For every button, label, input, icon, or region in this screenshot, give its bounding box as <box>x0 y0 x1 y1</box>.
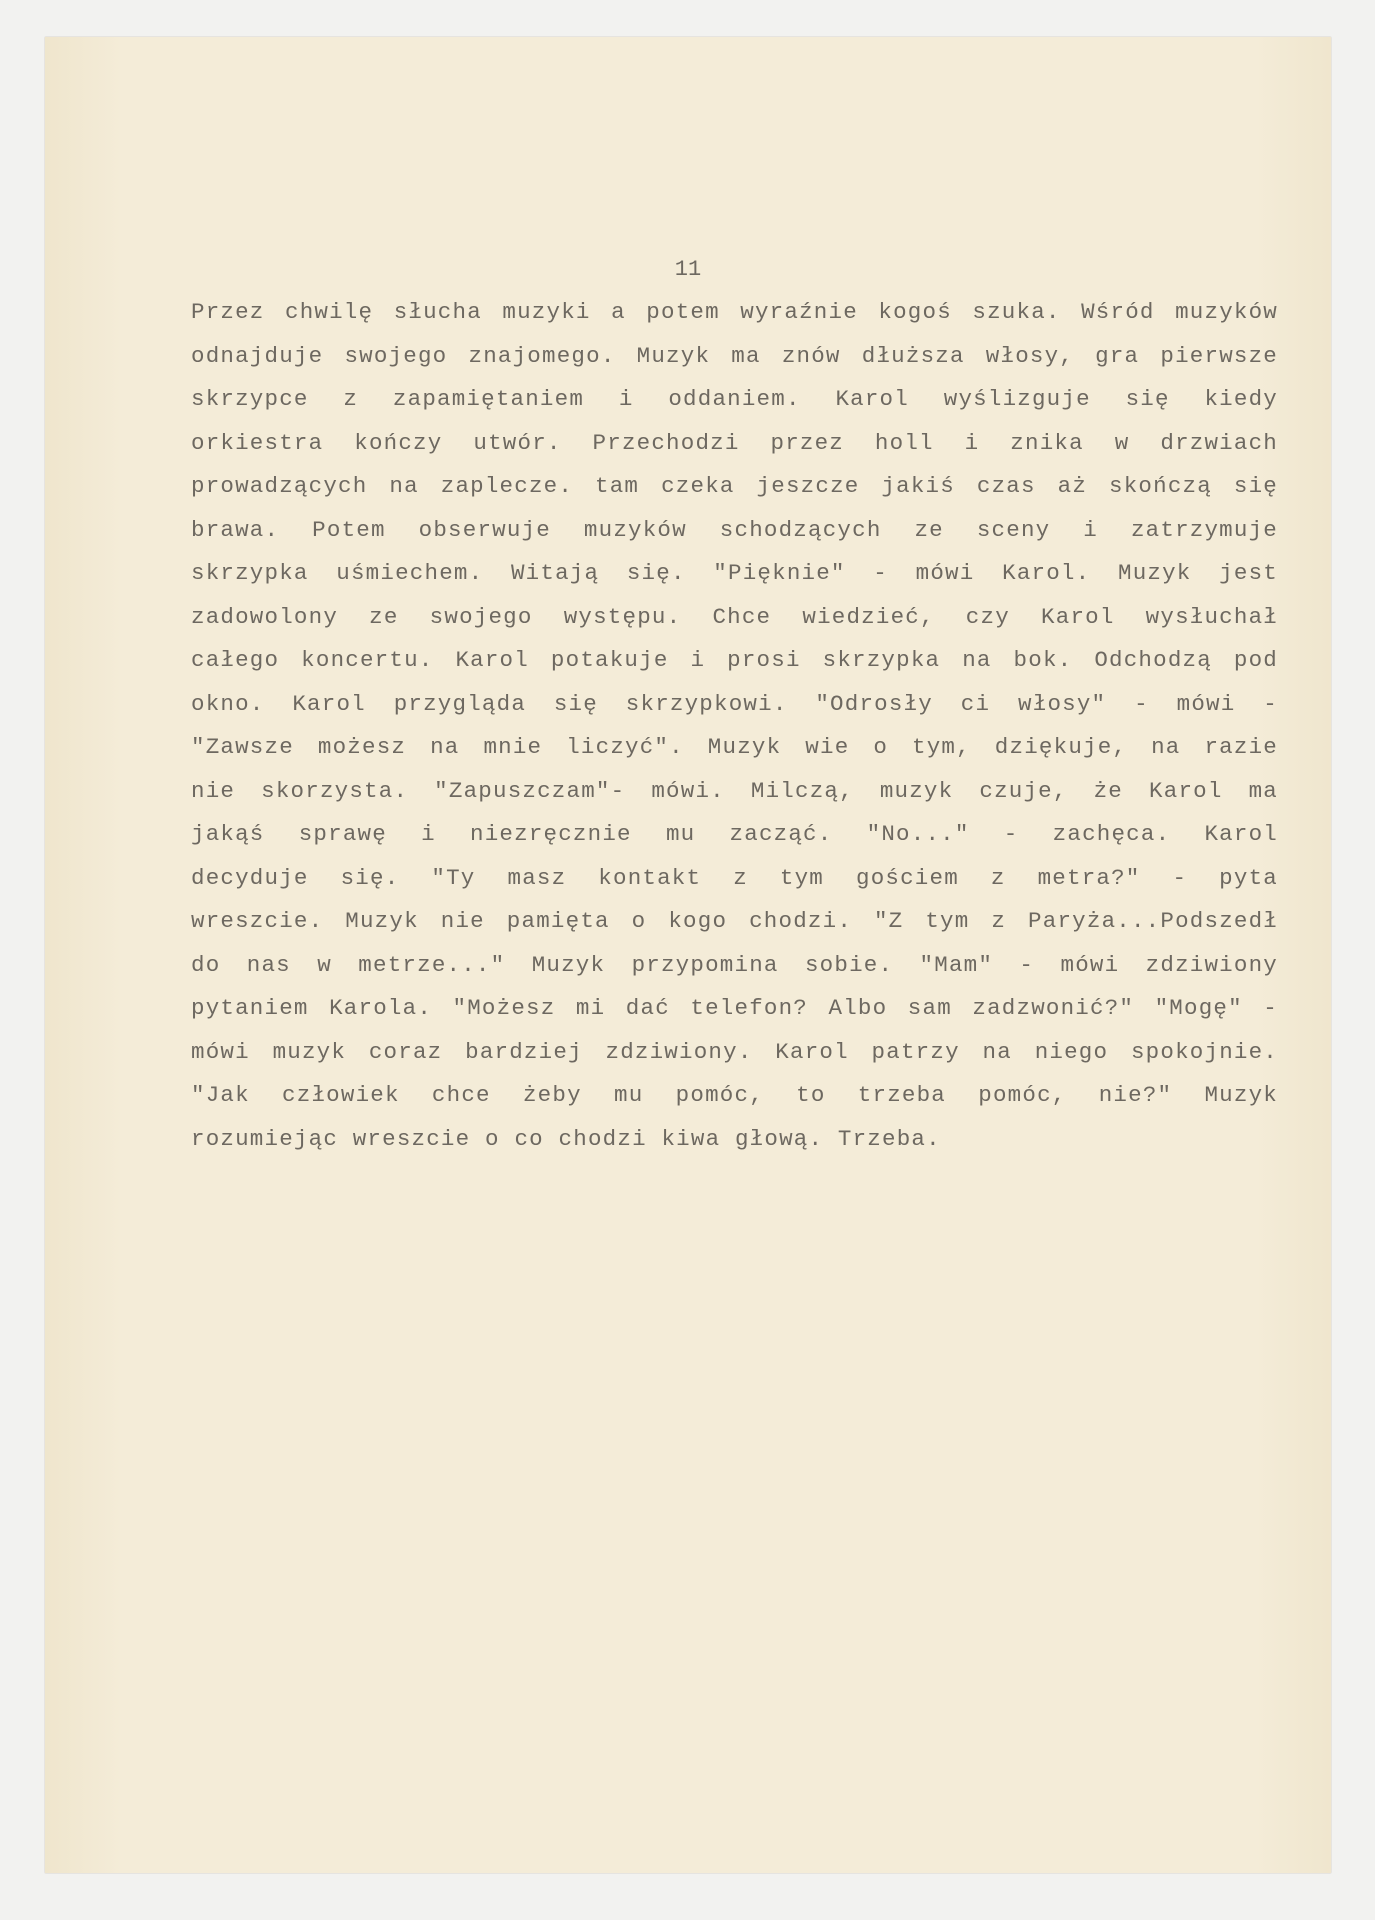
text-line: "Zawsze możesz na mnie liczyć". Muzyk wi… <box>191 726 1278 770</box>
text-line: orkiestra kończy utwór. Przechodzi przez… <box>191 422 1278 466</box>
text-line: okno. Karol przygląda się skrzypkowi. "O… <box>191 683 1278 727</box>
text-line: odnajduje swojego znajomego. Muzyk ma zn… <box>191 335 1278 379</box>
text-line: jakąś sprawę i niezręcznie mu zacząć. "N… <box>191 813 1278 857</box>
text-line: nie skorzysta. "Zapuszczam"- mówi. Milcz… <box>191 770 1278 814</box>
page-number: 11 <box>45 257 1331 282</box>
text-line: wreszcie. Muzyk nie pamięta o kogo chodz… <box>191 900 1278 944</box>
text-line: całego koncertu. Karol potakuje i prosi … <box>191 639 1278 683</box>
body-text: Przez chwilę słucha muzyki a potem wyraź… <box>191 291 1331 1161</box>
text-line: Przez chwilę słucha muzyki a potem wyraź… <box>191 291 1278 335</box>
typewritten-page: 11 Przez chwilę słucha muzyki a potem wy… <box>45 37 1331 1873</box>
text-line: prowadzących na zaplecze. tam czeka jesz… <box>191 465 1278 509</box>
text-line: brawa. Potem obserwuje muzyków schodzący… <box>191 509 1278 553</box>
text-line: rozumiejąc wreszcie o co chodzi kiwa gło… <box>191 1118 1278 1162</box>
text-line: skrzypka uśmiechem. Witają się. "Pięknie… <box>191 552 1278 596</box>
text-line: "Jak człowiek chce żeby mu pomóc, to trz… <box>191 1074 1278 1118</box>
text-line: zadowolony ze swojego występu. Chce wied… <box>191 596 1278 640</box>
text-line: decyduje się. "Ty masz kontakt z tym goś… <box>191 857 1278 901</box>
text-line: mówi muzyk coraz bardziej zdziwiony. Kar… <box>191 1031 1278 1075</box>
text-line: do nas w metrze..." Muzyk przypomina sob… <box>191 944 1278 988</box>
text-line: skrzypce z zapamiętaniem i oddaniem. Kar… <box>191 378 1278 422</box>
text-line: pytaniem Karola. "Możesz mi dać telefon?… <box>191 987 1278 1031</box>
